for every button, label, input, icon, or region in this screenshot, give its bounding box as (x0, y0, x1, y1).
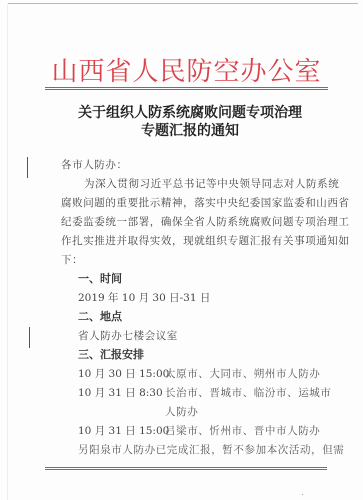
footer-red-rule (45, 467, 327, 470)
page-left-edge (7, 4, 8, 500)
letterhead-org-title: 山西省人民防空办公室 (45, 56, 328, 88)
schedule-row-time: 10 月 30 日 15:00 (78, 367, 169, 381)
binding-mark (29, 327, 30, 348)
body-line: 为深入贯彻习近平总书记等中央领导同志对人防系统 (84, 177, 339, 191)
schedule-row-orgs: 吕梁市、忻州市、晋中市人防办 (165, 424, 320, 438)
letterhead-red-rule (45, 87, 328, 90)
schedule-note: 另阳泉市人防办已完成汇报，暂不参加本次活动，但需 (78, 443, 344, 457)
body-line: 作扎实推进并取得实效，现就组织专题汇报有关事项通知如 (61, 234, 350, 248)
body-line: 纪委监委统一部署，确保全省人防系统腐败问题专项治理工 (61, 215, 350, 229)
salutation: 各市人防办： (61, 158, 128, 172)
document-page: 山西省人民防空办公室 关于组织人防系统腐败问题专项治理 专题汇报的通知 各市人防… (0, 0, 363, 500)
section-heading-time: 一、时间 (78, 272, 122, 286)
document-title-line-1: 关于组织人防系统腐败问题专项治理 (40, 104, 340, 122)
body-line: 腐败问题的重要批示精神，落实中央纪委国家监委和山西省 (61, 196, 350, 210)
document-title-line-2: 专题汇报的通知 (40, 122, 340, 140)
binding-mark (27, 157, 28, 178)
page-top-edge (8, 3, 358, 4)
schedule-row-time: 10 月 31 日 15:00 (78, 424, 169, 438)
schedule-row-orgs-continued: 人防办 (165, 405, 198, 419)
section-heading-schedule: 三、汇报安排 (78, 348, 144, 362)
section-content-time: 2019 年 10 月 30 日-31 日 (78, 291, 210, 305)
schedule-row-orgs: 长治市、晋城市、临汾市、运城市 (165, 386, 332, 400)
section-content-location: 省人防办七楼会议室 (78, 329, 178, 343)
section-heading-location: 二、地点 (78, 310, 122, 324)
body-line: 下： (61, 253, 83, 267)
scan-speck (302, 494, 303, 495)
schedule-row-time: 10 月 31 日 8:30 (78, 386, 163, 400)
schedule-row-orgs: 太原市、大同市、朔州市人防办 (165, 367, 320, 381)
